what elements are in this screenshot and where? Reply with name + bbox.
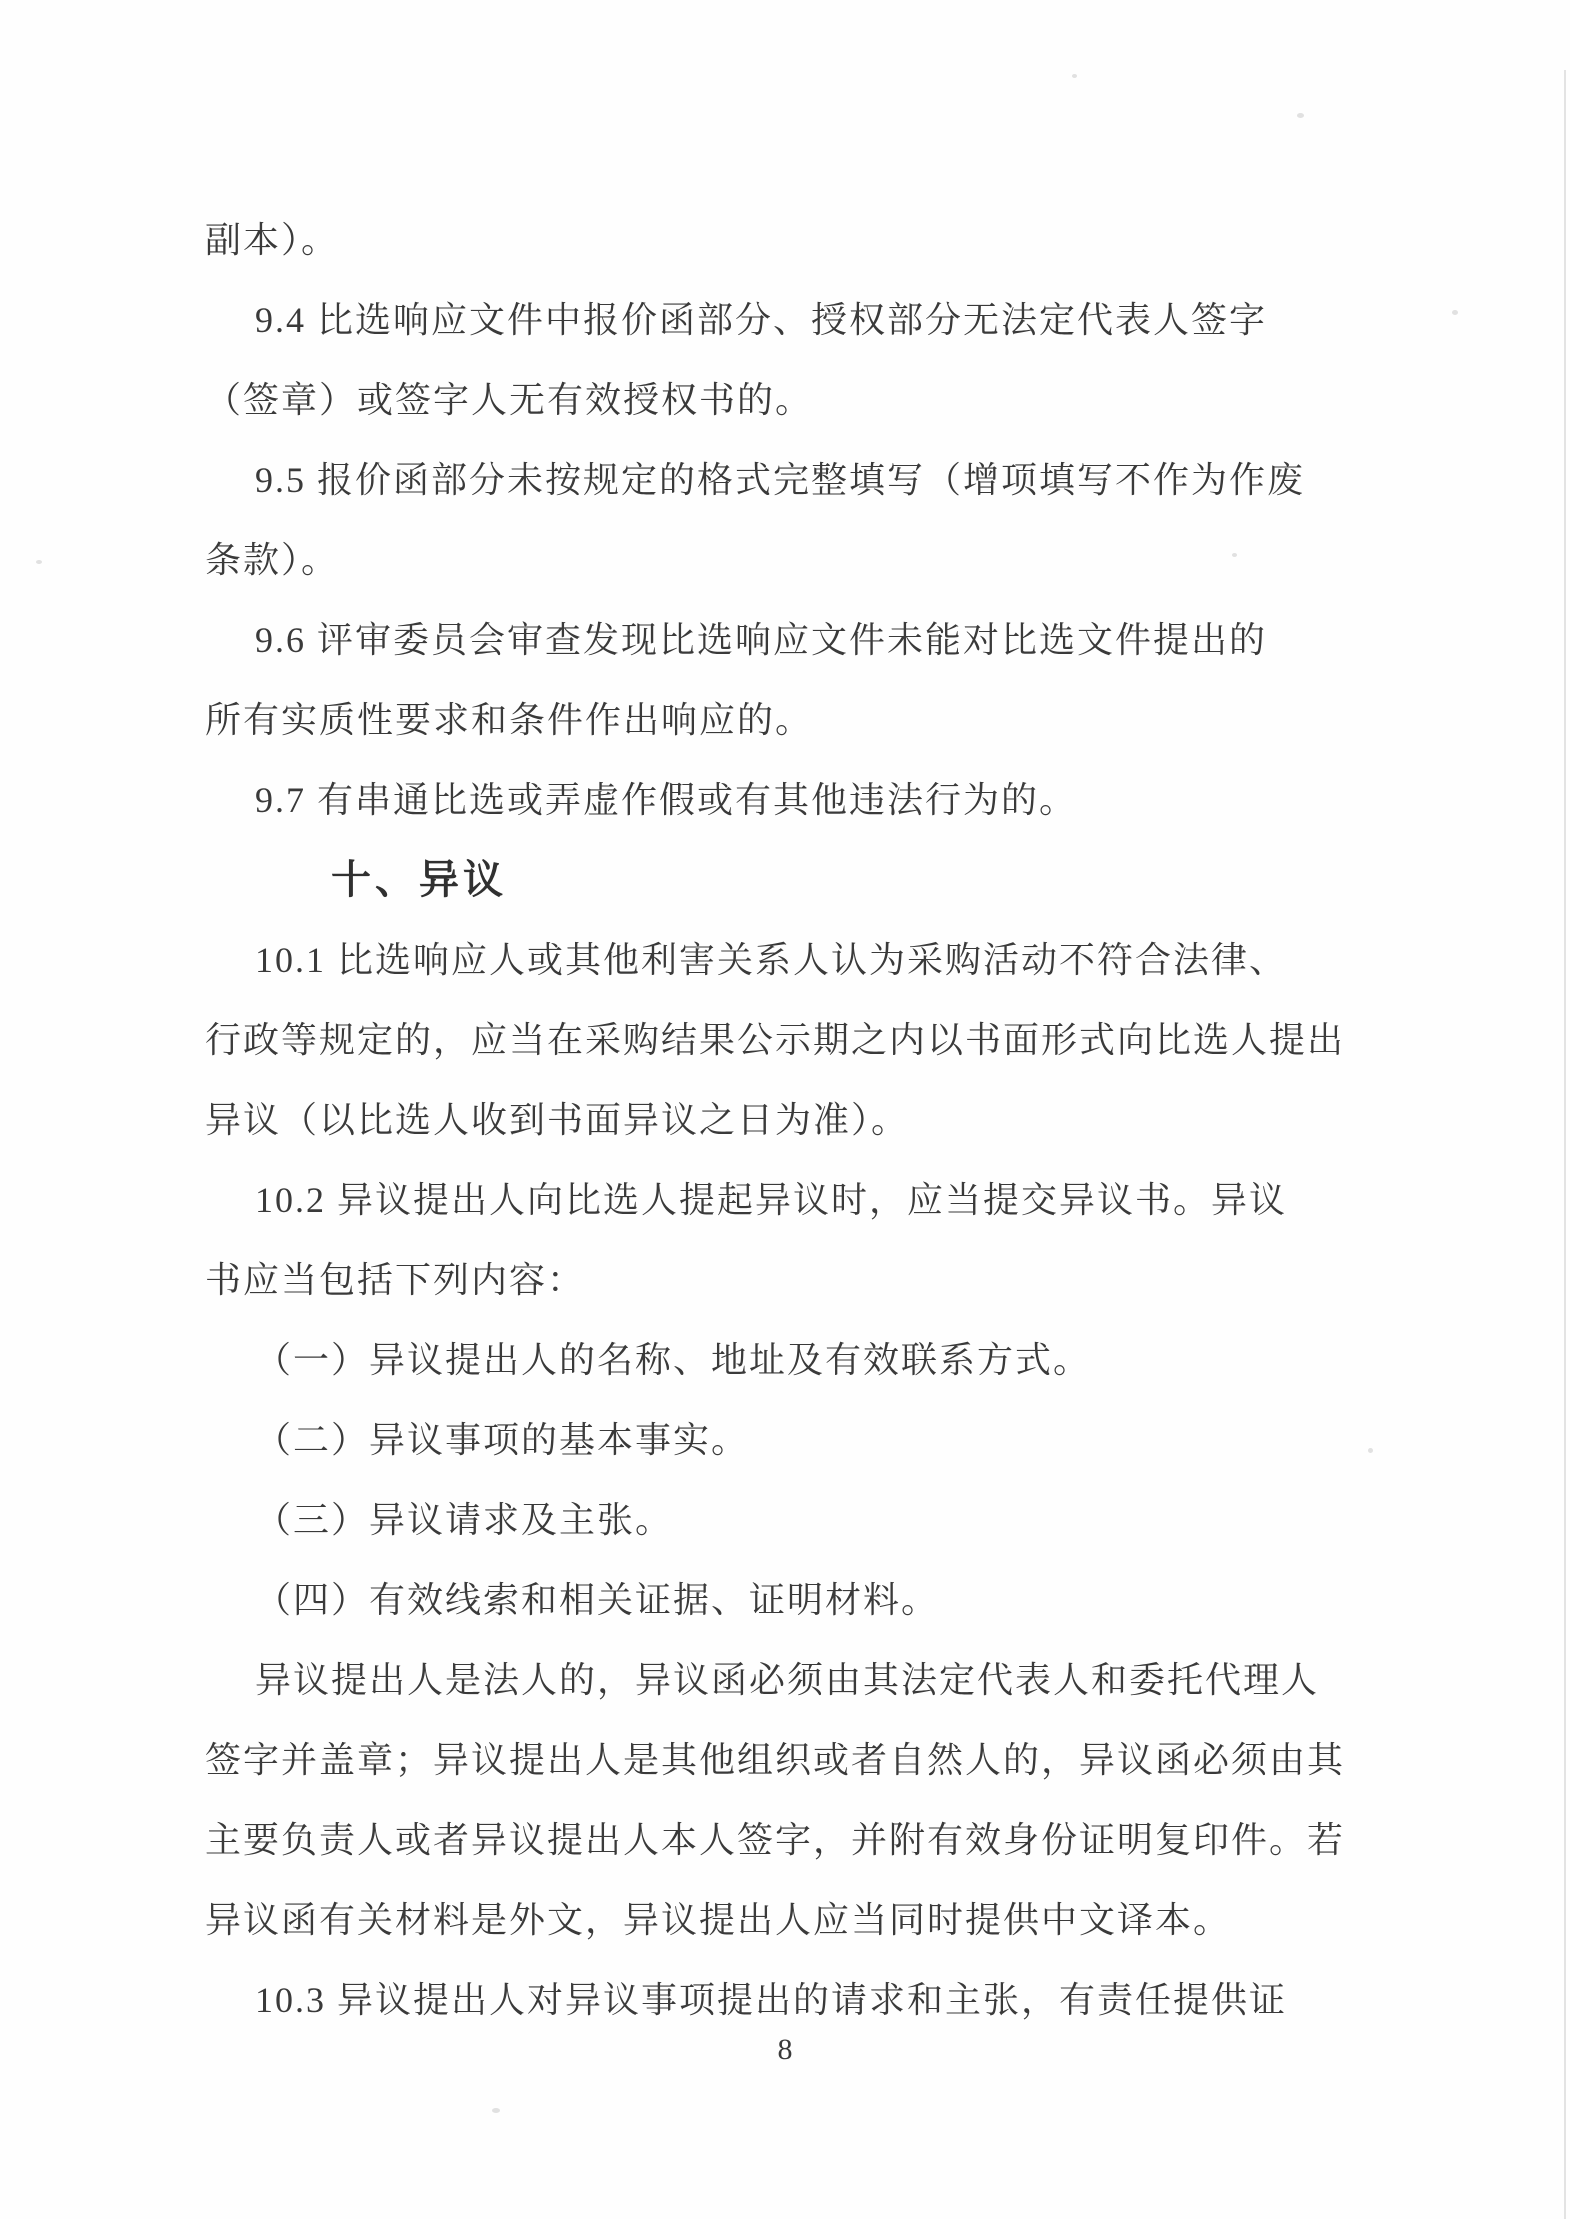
scan-speckle <box>1232 553 1237 557</box>
text-line: 主要负责人或者异议提出人本人签字，并附有效身份证明复印件。若 <box>205 1800 1355 1880</box>
text-line: 行政等规定的，应当在采购结果公示期之内以书面形式向比选人提出 <box>205 1000 1355 1080</box>
text-line: 条款）。 <box>205 520 1355 600</box>
text-line: 9.5 报价函部分未按规定的格式完整填写（增项填写不作为作废 <box>205 440 1355 520</box>
scan-speckle <box>1368 1448 1373 1453</box>
document-page: 副本）。 9.4 比选响应文件中报价函部分、授权部分无法定代表人签字 （签章）或… <box>0 0 1570 2219</box>
list-item-line: （三）异议请求及主张。 <box>205 1480 1355 1560</box>
text-line: 9.7 有串通比选或弄虚作假或有其他违法行为的。 <box>205 760 1355 840</box>
text-line: 9.4 比选响应文件中报价函部分、授权部分无法定代表人签字 <box>205 280 1355 360</box>
text-line: 副本）。 <box>205 200 1355 280</box>
scan-edge-artifact <box>1564 70 1566 2219</box>
scan-speckle <box>1297 113 1304 118</box>
list-item-line: （四）有效线索和相关证据、证明材料。 <box>205 1560 1355 1640</box>
text-line: 10.3 异议提出人对异议事项提出的请求和主张，有责任提供证 <box>205 1960 1355 2040</box>
text-line: 10.1 比选响应人或其他利害关系人认为采购活动不符合法律、 <box>205 920 1355 1000</box>
text-line: （签章）或签字人无有效授权书的。 <box>205 360 1355 440</box>
page-number: 8 <box>0 2030 1570 2070</box>
scan-speckle <box>36 560 42 564</box>
list-item-line: （二）异议事项的基本事实。 <box>205 1400 1355 1480</box>
text-line: 书应当包括下列内容： <box>205 1240 1355 1320</box>
section-heading: 十、异议 <box>205 840 1355 920</box>
text-line: 异议提出人是法人的，异议函必须由其法定代表人和委托代理人 <box>205 1640 1355 1720</box>
text-line: 签字并盖章；异议提出人是其他组织或者自然人的，异议函必须由其 <box>205 1720 1355 1800</box>
list-item-line: （一）异议提出人的名称、地址及有效联系方式。 <box>205 1320 1355 1400</box>
text-line: 9.6 评审委员会审查发现比选响应文件未能对比选文件提出的 <box>205 600 1355 680</box>
scan-speckle <box>492 2108 500 2113</box>
scan-speckle <box>1072 74 1077 78</box>
text-line: 10.2 异议提出人向比选人提起异议时，应当提交异议书。异议 <box>205 1160 1355 1240</box>
text-line: 所有实质性要求和条件作出响应的。 <box>205 680 1355 760</box>
scan-speckle <box>1452 310 1458 315</box>
text-line: 异议（以比选人收到书面异议之日为准）。 <box>205 1080 1355 1160</box>
text-line: 异议函有关材料是外文，异议提出人应当同时提供中文译本。 <box>205 1880 1355 1960</box>
document-text-block: 副本）。 9.4 比选响应文件中报价函部分、授权部分无法定代表人签字 （签章）或… <box>205 200 1355 2040</box>
